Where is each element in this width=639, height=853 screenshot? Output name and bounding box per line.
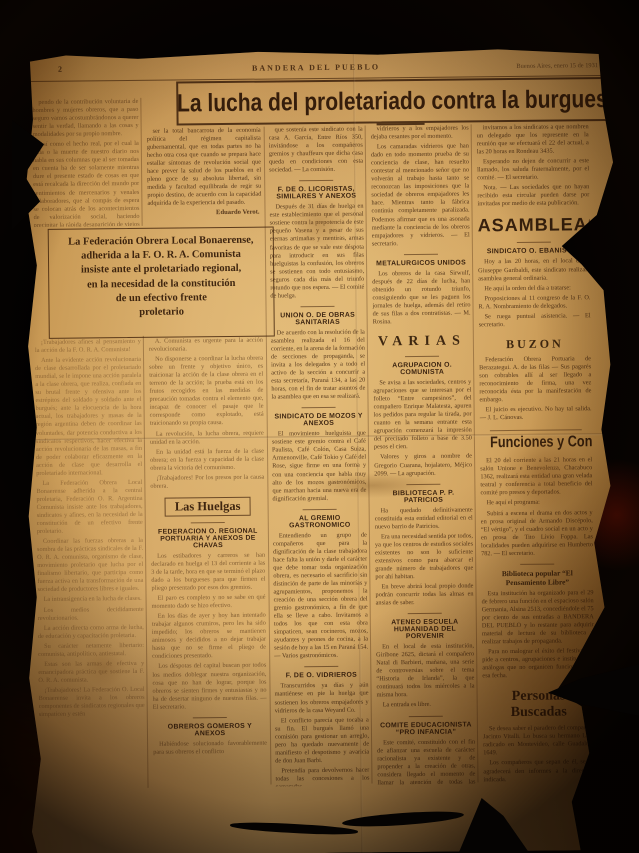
paragraph: invitamos a los sindicatos a que nombren…	[477, 123, 589, 156]
column-1-main: ¡Trabajadores afines al pensamiento y la…	[35, 338, 146, 789]
section-heading-las-huelgas: Las Huelgas	[165, 497, 251, 517]
paragraph: En breve abrirá local propio donde podrá…	[375, 582, 473, 607]
paragraph: Los camaradas vidrieros que han dado en …	[371, 143, 470, 249]
section-heading-buzon: BUZON	[479, 336, 591, 352]
paragraph: Nota. — Las sociedades que no hayan reci…	[477, 184, 589, 209]
section-heading-asambleas: ASAMBLEAS	[478, 215, 590, 237]
article-heading: SINDICATO O. EBANISTAS	[478, 242, 590, 256]
paragraph: Para no malograr el éxito del festival, …	[482, 647, 594, 680]
paragraph: Su carácter netamente libertario: comuni…	[38, 642, 144, 659]
article-heading: AL GREMIO GASTRONOMICO	[273, 508, 367, 529]
article-heading: OBREROS GOMEROS Y ANEXOS	[153, 716, 267, 737]
article-heading: UNION O. DE OBRAS SANITARIAS	[271, 305, 365, 326]
paragraph: Ante la evidente acción revolucionaria d…	[35, 356, 142, 478]
paragraph: que sostenía este sindicato con la casa …	[269, 126, 364, 175]
paragraph: A. Comunista es urgente para la acción r…	[149, 337, 263, 354]
dateline: Buenos Aires, enero 15 de 1931	[516, 62, 598, 70]
newspaper-photo: 2 BANDERA DEL PUEBLO Buenos Aires, enero…	[0, 0, 639, 853]
paragraph: La intransigencia en la lucha de clases.	[38, 595, 144, 604]
paragraph: Habiéndose solucionado favorablemente pa…	[153, 739, 267, 756]
signature: Eduardo Verot.	[147, 209, 259, 217]
manifesto-box-line: insiste ante el proletariado regional,	[53, 262, 269, 278]
article-heading: BIBLIOTECA P. P. PATRICIOS	[374, 483, 472, 504]
paragraph: En la unidad está la fuerza de la clase …	[150, 447, 264, 472]
paragraph: El paro es completo y no se sabe en qué …	[152, 594, 266, 611]
paragraph: Se desea saber el paradero del compañero…	[483, 724, 595, 757]
paragraph: Después de 31 días de huelga en este est…	[269, 203, 364, 301]
paragraph: El 20 del corriente a las 21 horas en el…	[480, 456, 592, 497]
paragraph: He aquí el programa:	[481, 499, 593, 508]
paragraph: La entrada es libre.	[377, 701, 475, 710]
paragraph: Los medios decididamente revolucionarios…	[38, 605, 144, 622]
column-4: vidrieros y a los empajadores los dejaba…	[371, 124, 476, 785]
paragraph: Se avisa a las sociedades, centros y agr…	[373, 378, 472, 451]
paragraph: Se ruega puntual asistencia. — El secret…	[479, 312, 591, 329]
column-rule	[140, 98, 142, 226]
article-heading: Biblioteca popular “El Pensamiento Libre…	[485, 563, 589, 587]
paragraph: Hoy a las 20 horas, en el local de la Gi…	[478, 258, 590, 283]
main-headline-box: La lucha del proletariado contra la burg…	[176, 77, 626, 126]
paragraph: La Federación Obrera Local Bonaerense ad…	[36, 479, 143, 536]
paragraph: De acuerdo con la resolución de la asamb…	[271, 328, 366, 401]
column-1-top: pendo de la contribución voluntaria de h…	[32, 98, 139, 227]
paragraph: Este comité, constituido con el fin de a…	[377, 738, 475, 785]
fora-manifesto-box: La Federación Obrera Local Bonaerense,ad…	[48, 226, 275, 338]
paragraph: El movimiento huelguista que sostiene es…	[272, 430, 367, 503]
paragraph: Coordinar las fuerzas obreras a la sombr…	[37, 537, 144, 594]
manifesto-box-line: proletario	[53, 304, 269, 320]
main-headline: La lucha del proletariado contra la burg…	[177, 84, 625, 118]
paragraph: Los obreros de la casa Sirwulf, después …	[372, 269, 471, 326]
newspaper-page: 2 BANDERA DEL PUEBLO Buenos Aires, enero…	[18, 41, 626, 853]
article-heading: AGRUPACION O. COMUNISTA	[373, 355, 471, 376]
paragraph: En los días de ayer y hoy han intentado …	[152, 612, 266, 661]
paragraph: He aquí la orden del día a tratarse:	[478, 284, 590, 293]
paragraph: Transcurridos ya días y aún mantiénese e…	[274, 682, 368, 715]
article-heading: METALURGICOS UNIDOS	[372, 253, 470, 267]
paragraph: En el local de esta institución, Giribon…	[376, 643, 475, 700]
paragraph: Esta institución ha organizado para el 2…	[481, 589, 594, 646]
paragraph: Subirá a escena el drama en dos actos y …	[481, 509, 593, 558]
paragraph: pendo de la contribución voluntaria de h…	[32, 98, 138, 139]
paragraph: El juicio es ejecutivo. No hay tal salid…	[480, 405, 592, 422]
article-heading: COMITE EDUCACIONISTA “PRO INFANCIA”	[377, 715, 475, 736]
paragraph: Era una necesidad sentida por todos, ya …	[375, 532, 474, 581]
paragraph: Los déspotas del capital buscan por todo…	[152, 662, 266, 711]
paragraph: ¡Trabajadores afines al pensamiento y la…	[35, 338, 141, 355]
section-heading-varias: VARIAS	[373, 333, 471, 350]
column-2-top: ser la total bancarrota de la economía p…	[147, 127, 262, 226]
paragraph: Así como el hecho real, por el cual la v…	[33, 140, 140, 227]
paragraph: Ha quedado definitivamente constituida e…	[375, 506, 473, 531]
paragraph: Esperando no dejen de concurrir a este l…	[477, 157, 589, 182]
article-heading: ATENEO ESCUELA HUMANIDAD DEL PORVENIR	[376, 613, 474, 641]
article-heading: F. DE O. VIDRIEROS	[274, 666, 368, 680]
paragraph: Entendiendo un grupo de compañeros que p…	[273, 531, 368, 661]
paragraph: Federación Obrera Portuaria de Berazateg…	[479, 355, 591, 404]
paragraph: Estas son las armas de efectiva y emanci…	[38, 660, 144, 685]
paragraph: No disponerse a coordinar la lucha obrer…	[149, 355, 264, 429]
paragraph: Proposiciones al 11 congreso de la F. O.…	[478, 294, 590, 311]
paragraph: Los compañeros que sepan de él, se les a…	[483, 759, 595, 784]
column-2-main: A. Comunista es urgente para la acción r…	[149, 337, 268, 788]
paragraph: ¡Trabajadores! Por los presos por la cau…	[150, 473, 264, 490]
paragraph: ser la total bancarrota de la economía p…	[147, 127, 262, 209]
paragraph: El conflicto parecía que tocaba a su fin…	[275, 716, 370, 765]
article-heading: FEDERACION O. REGIONAL PORTUARIA Y ANEXO…	[151, 521, 265, 549]
paragraph: vidrieros y a los empajadores los dejaba…	[371, 124, 469, 141]
article-heading: SINDICATO DE MOZOS Y ANEXOS	[272, 407, 366, 428]
paragraph: Pretendía para devolvernos hacer todas l…	[275, 766, 369, 786]
paragraph: Los estibadores y carreros se han declar…	[151, 551, 265, 592]
article-heading: F. DE O. LICORISTAS, SIMILARES Y ANEXOS	[269, 180, 363, 201]
paragraph: ¡Trabajadores! La Federación O. Local Bo…	[38, 686, 144, 719]
paragraph: La acción directa como arma de lucha, de…	[38, 623, 144, 640]
paragraph: Valores y giros a nombre de Gregorio Cua…	[374, 453, 472, 478]
